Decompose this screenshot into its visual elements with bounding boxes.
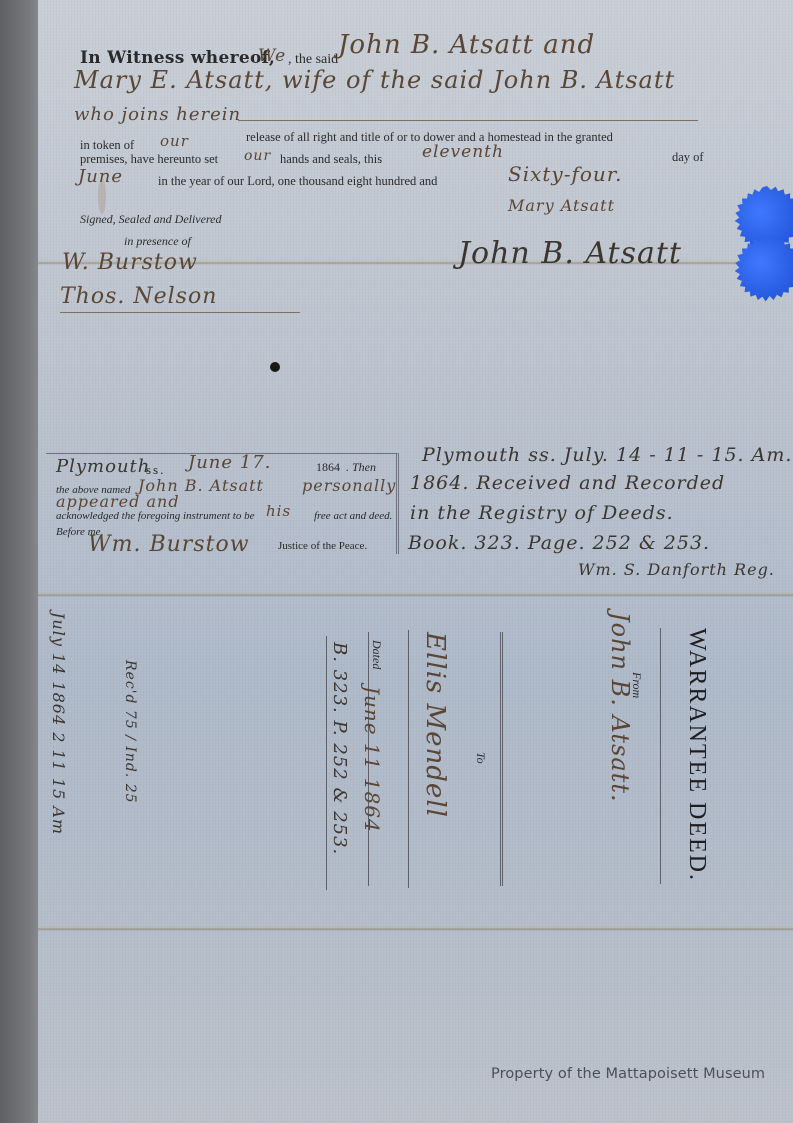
- day-handwritten: eleventh: [422, 142, 504, 162]
- witness-underline: [60, 312, 300, 313]
- fold-line: [38, 926, 793, 931]
- ack-appeared-handwritten: appeared and: [56, 492, 180, 511]
- in-token-of-text: in token of: [80, 138, 134, 153]
- ack-county-handwritten: Plymouth: [56, 456, 150, 477]
- day-of-text: day of: [672, 150, 704, 165]
- docket-margin-note: July 14 1864 2 11 15 Am: [49, 612, 68, 835]
- hands-handwritten: our: [244, 148, 271, 164]
- line2-handwritten: Mary E. Atsatt, wife of the said John B.…: [74, 66, 675, 94]
- registry-line-2: 1864. Received and Recorded: [410, 472, 725, 494]
- justice-signature: Wm. Burstow: [88, 532, 250, 557]
- deed-document: In Witness whereof, We , the said John B…: [38, 0, 793, 1123]
- token-handwritten: our: [160, 132, 189, 150]
- registry-line-4: Book. 323. Page. 252 & 253.: [408, 532, 710, 554]
- witness-2-signature: Thos. Nelson: [60, 284, 217, 309]
- signed-sealed-label: Signed, Sealed and Delivered: [80, 212, 222, 227]
- ack-free-act: free act and deed.: [314, 510, 392, 522]
- registry-line-1: Plymouth ss. July. 14 - 11 - 15. Am.: [422, 444, 792, 466]
- premises-text: premises, have hereunto set: [80, 152, 218, 167]
- ink-blot: [270, 362, 280, 372]
- witness-1-signature: W. Burstow: [62, 250, 198, 275]
- docket-rule: [500, 632, 501, 886]
- justice-title: Justice of the Peace.: [278, 540, 367, 552]
- ack-his-handwritten: his: [266, 502, 291, 520]
- ack-date-handwritten: June 17.: [188, 452, 271, 473]
- line3-handwritten: who joins herein: [74, 104, 241, 125]
- year-text: in the year of our Lord, one thousand ei…: [158, 174, 437, 189]
- docket-rule: [326, 636, 327, 890]
- year-handwritten: Sixty-four.: [508, 162, 623, 186]
- docket-to-label: To: [473, 752, 488, 764]
- docket-rule: [502, 632, 503, 886]
- scanner-background: [0, 0, 40, 1123]
- ack-personally-handwritten: personally: [302, 476, 396, 495]
- hands-seals-text: hands and seals, this: [280, 152, 382, 167]
- signature-mary-atsatt: Mary Atsatt: [508, 196, 615, 215]
- docket-rule: [660, 628, 661, 884]
- docket-book-reference: B. 323. P. 252 & 253.: [329, 642, 350, 855]
- testimonium-heading: In Witness whereof,: [80, 48, 275, 68]
- month-handwritten: June: [78, 166, 123, 187]
- signature-john-atsatt: John B. Atsatt: [458, 236, 682, 271]
- docket-fees-note: Rec'd 75 / Ind. 25: [122, 660, 138, 804]
- in-presence-label: in presence of: [124, 234, 191, 249]
- docket-dated-handwritten: June 11 1864: [360, 686, 384, 833]
- wax-seal-lower: [734, 236, 793, 302]
- docket-title: WARRANTEE DEED.: [683, 628, 710, 882]
- grantor-handwritten: John B. Atsatt and: [338, 30, 595, 60]
- ack-instrument-text: acknowledged the foregoing instrument to…: [56, 510, 254, 522]
- fold-line: [38, 592, 793, 597]
- ack-then: . Then: [346, 460, 376, 475]
- docket-from-handwritten: John B. Atsatt.: [606, 612, 634, 803]
- ack-year: 1864: [316, 460, 340, 475]
- registry-clerk-signature: Wm. S. Danforth Reg.: [578, 560, 775, 579]
- museum-watermark: Property of the Mattapoisett Museum: [491, 1066, 765, 1082]
- docket-dated-label: Dated: [369, 640, 384, 669]
- pronoun-handwritten: We: [258, 46, 286, 66]
- blank-line: [238, 120, 698, 121]
- registry-line-3: in the Registry of Deeds.: [410, 502, 674, 524]
- docket-rule: [408, 630, 409, 888]
- docket-to-handwritten: Ellis Mendell: [420, 632, 450, 818]
